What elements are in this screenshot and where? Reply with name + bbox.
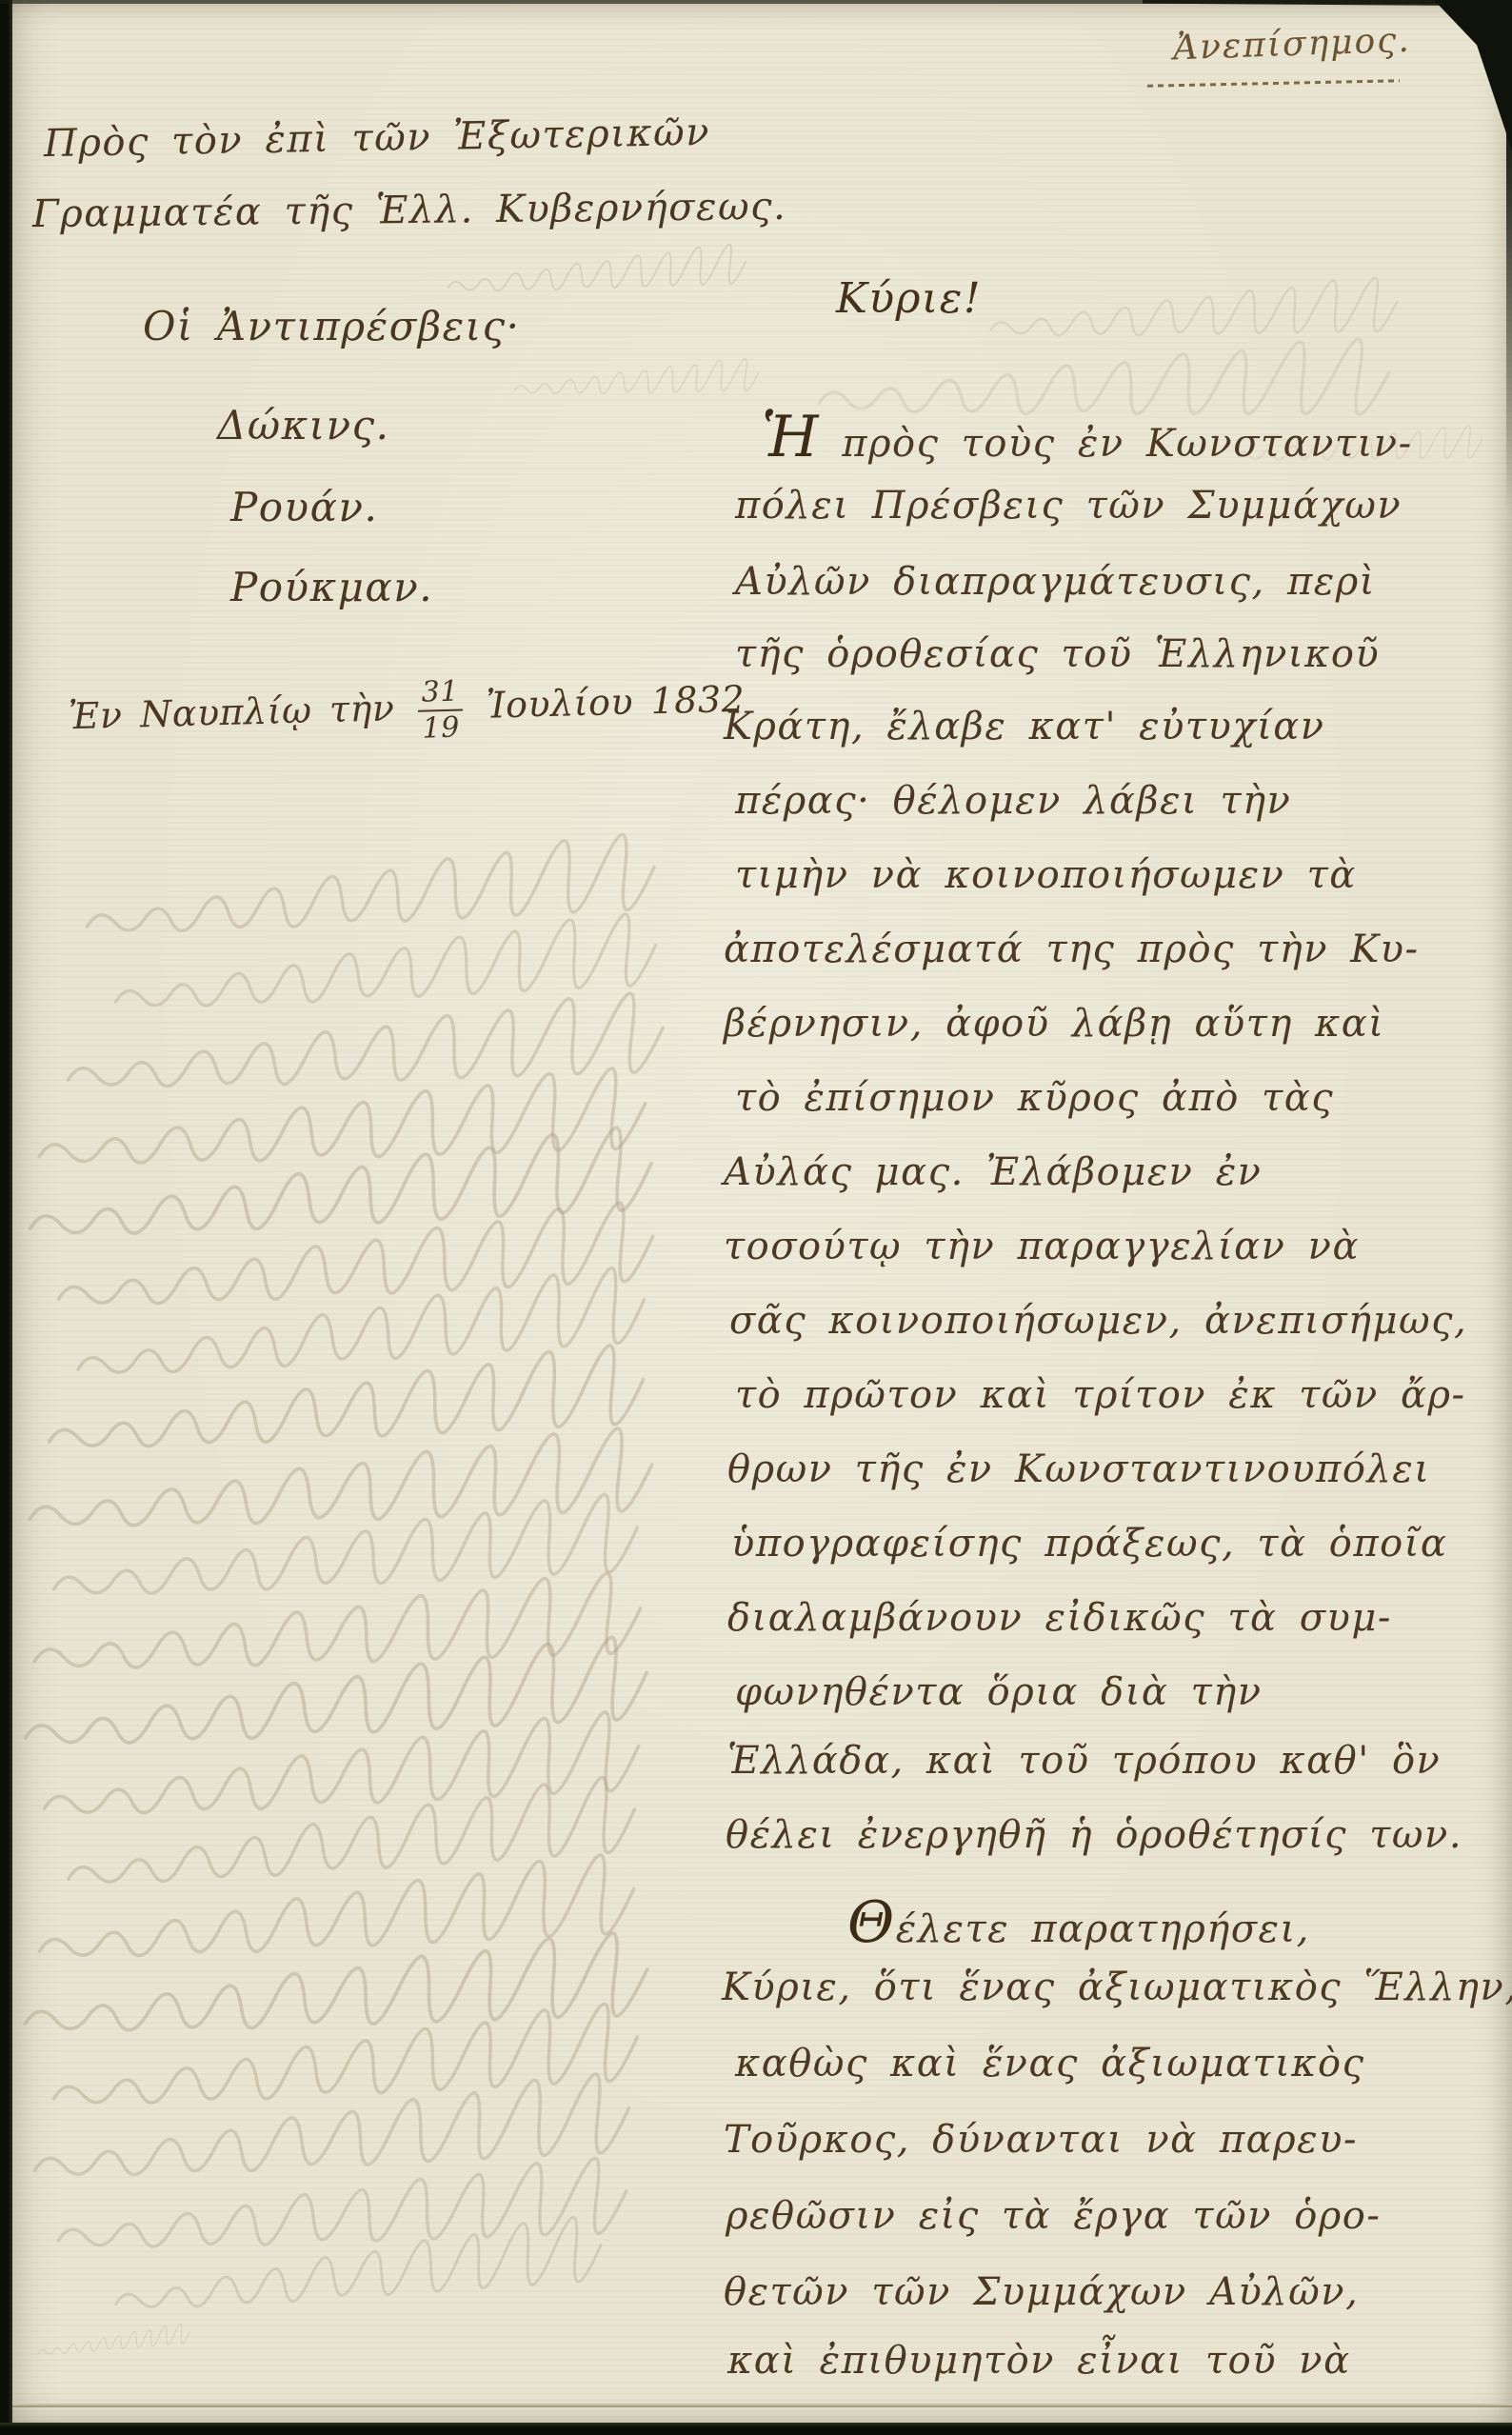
body-line: τῆς ὁροθεσίας τοῦ Ἑλληνικοῦ [735, 632, 1380, 676]
bleed-line [989, 277, 1398, 346]
bleed-line [84, 832, 658, 948]
bleed-line [513, 358, 759, 399]
body-line: πέρας· θέλομεν λάβει τὴν [735, 779, 1291, 823]
recipient-line-2: Γραμματέα τῆς Ἑλλ. Κυβερνήσεως. [32, 185, 787, 236]
body-line: καὶ ἐπιθυμητὸν εἶναι τοῦ νὰ [727, 2339, 1351, 2383]
bleed-line [22, 1931, 649, 2046]
bleed-line [31, 1571, 643, 1684]
bleed-line [65, 991, 665, 1102]
bleed-line [112, 912, 659, 1022]
body-line: Αὐλάς μας. Ἐλάβομεν ἐν [724, 1150, 1263, 1194]
annotation-underline [1147, 79, 1400, 88]
bleed-line [41, 1710, 642, 1831]
body-line: Ἡ πρὸς τοὺς ἐν Κωνσταντιν- [762, 404, 1413, 470]
dateline-prefix: Ἐν Ναυπλίῳ τὴν [68, 687, 395, 737]
bleed-line [55, 1201, 656, 1322]
body-line: τὸ ἐπίσημον κῦρος ἀπὸ τὰς [735, 1076, 1334, 1120]
bleed-line [64, 1775, 638, 1900]
scan-edge-right [1506, 114, 1512, 514]
dateline-day-fraction: 31 19 [417, 676, 464, 743]
scan-edge-left [0, 0, 12, 2435]
dateline-day-julian: 19 [418, 710, 464, 744]
bleed-line [46, 1344, 647, 1465]
recipient-line-1: Πρὸς τὸν ἐπὶ τῶν Ἐξωτερικῶν [44, 110, 711, 166]
body-line: Ἑλλάδα, καὶ τοῦ τρόπου καθ' ὃν [727, 1739, 1441, 1783]
addressee-name: Ρουάν. [230, 484, 378, 530]
bleed-line [73, 1266, 647, 1390]
scan-edge-bottom [0, 2423, 1512, 2435]
addressees-heading: Οἱ Ἀντιπρέσβεις· [143, 303, 520, 349]
bleed-line [447, 244, 746, 299]
body-line: ἀποτελέσματά της πρὸς τὴν Κυ- [724, 928, 1420, 971]
body-line: πόλει Πρέσβεις τῶν Συμμάχων [735, 484, 1402, 528]
body-line: ρεθῶσιν εἰς τὰ ἔργα τῶν ὁρο- [726, 2194, 1381, 2238]
bleed-line [36, 1853, 637, 1974]
body-line: φωνηθέντα ὅρια διὰ τὴν [735, 1670, 1263, 1714]
bleed-line [37, 2323, 190, 2359]
bleed-line [27, 1427, 654, 1542]
body-line: Θέλετε παρατηρήσει, [847, 1889, 1310, 1956]
bleed-line [55, 2157, 628, 2263]
body-line: Αὐλῶν διαπραγμάτευσις, περὶ [735, 560, 1376, 604]
body-line: θέλει ἐνεργηθῆ ἡ ὁροθέτησίς των. [726, 1813, 1462, 1857]
unofficial-annotation: Ἀνεπίσημος. [1172, 21, 1411, 69]
dateline-day-gregorian: 31 [417, 676, 463, 711]
addressee-name: Ρούκμαν. [230, 564, 433, 610]
body-line: ὑπογραφείσης πράξεως, τὰ ὁποῖα [731, 1522, 1447, 1566]
body-line: τοσούτῳ τὴν παραγγελίαν νὰ [724, 1225, 1360, 1268]
manuscript-page: Ἀνεπίσημος. Πρὸς τὸν ἐπὶ τῶν Ἐξωτερικῶν … [0, 0, 1512, 2435]
body-line: θετῶν τῶν Συμμάχων Αὐλῶν, [724, 2270, 1359, 2314]
bleed-line [50, 2002, 641, 2120]
salutation: Κύριε! [836, 274, 982, 323]
dateline-suffix: Ἰουλίου 1832 [486, 678, 746, 727]
body-line: Τοῦρκος, δύνανται νὰ παρευ- [724, 2118, 1358, 2162]
addressee-name: Δώκινς. [217, 402, 390, 449]
body-line: καθὼς καὶ ἕνας ἀξιωματικὸς [735, 2042, 1365, 2086]
body-line: θρων τῆς ἐν Κωνσταντινουπόλει [727, 1447, 1430, 1491]
dateline: Ἐν Ναυπλίῳ τὴν 31 19 Ἰουλίου 1832 [68, 669, 746, 753]
body-line: διαλαμβάνουν εἰδικῶς τὰ συμ- [727, 1596, 1392, 1640]
body-line: βέρνησιν, ἀφοῦ λάβῃ αὕτη καὶ [724, 1002, 1384, 1046]
body-line: Κύριε, ὅτι ἕνας ἀξιωματικὸς Ἕλλην, [722, 1966, 1512, 2009]
body-line: τιμὴν νὰ κοινοποιήσωμεν τὰ [735, 853, 1357, 897]
bleed-line [31, 2072, 632, 2193]
body-line: τὸ πρῶτον καὶ τρίτον ἐκ τῶν ἄρ- [735, 1373, 1466, 1417]
bleed-line [21, 1635, 649, 1761]
paper-crease [0, 2404, 1512, 2405]
scan-corner-wedge [1434, 0, 1512, 150]
bleed-line [50, 1492, 641, 1610]
body-line: Κράτη, ἔλαβε κατ' εὐτυχίαν [724, 705, 1325, 748]
bleed-line [36, 1067, 647, 1179]
bleed-line [26, 1126, 654, 1251]
body-line: σᾶς κοινοποιήσωμεν, ἀνεπισήμως, [729, 1299, 1467, 1343]
bleed-line [111, 2215, 604, 2322]
